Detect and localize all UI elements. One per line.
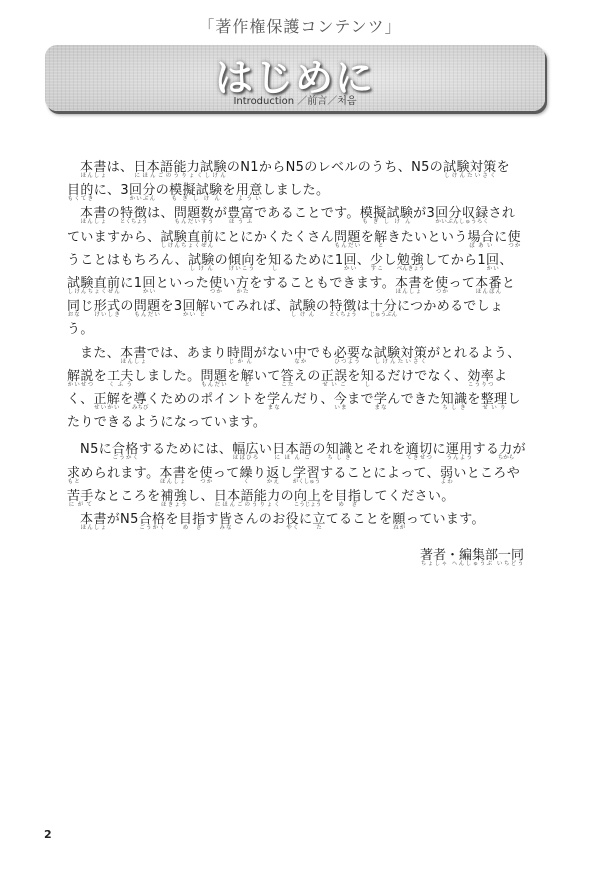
furigana-word: 解と [374, 230, 387, 245]
furigana-word: 方かた [236, 276, 249, 291]
furigana-word: 回分収録かいぶんしゅうろく [435, 206, 488, 221]
furigana-word: 返かえ [266, 466, 279, 481]
furigana-word: 幅広はばひろ [232, 442, 259, 457]
furigana-word: 回かい [343, 253, 356, 268]
furigana-word: 問題もんだい [334, 230, 361, 245]
furigana-word: 知識ちしき [441, 392, 468, 407]
furigana-word: 場合ばあい [468, 230, 495, 245]
furigana-word: 少すこ [370, 253, 383, 268]
chapter-subtitle: Introduction ／前言／처음 [45, 92, 545, 107]
furigana-word: 導みちび [134, 392, 147, 407]
furigana-word: 回分かいぶん [129, 183, 156, 198]
furigana-word: 知し [268, 253, 281, 268]
furigana-word: 補強ほきょう [160, 489, 187, 504]
paragraph-2: 本書ほんしょの特徴とくちょうは、問題数もんだいすうが豊富ほうふであることです。模… [67, 202, 527, 341]
furigana-word: 使つか [508, 230, 521, 245]
furigana-word: 解と [196, 299, 209, 314]
furigana-word: 試験直前しけんちょくぜん [160, 230, 213, 245]
furigana-word: 向上こうじょう [294, 489, 321, 504]
furigana-word: 問題もんだい [134, 299, 161, 314]
furigana-word: 中なか [294, 346, 307, 361]
furigana-word: 合格ごうかく [139, 512, 166, 527]
chapter-banner: はじめに Introduction ／前言／처음 [45, 45, 545, 111]
furigana-word: 特徴とくちょう [120, 206, 147, 221]
paragraph-1: 本書ほんしょは、日本語能力試験にほんごのうりょくしけんのN1からN5のレベルのう… [67, 156, 527, 202]
furigana-word: 十分じゅうぶん [370, 299, 397, 314]
furigana-word: 傾向けいこう [228, 253, 255, 268]
furigana-word: 学まな [374, 392, 387, 407]
furigana-word: 勉強べんきょう [397, 253, 424, 268]
furigana-word: 目的もくてき [67, 183, 94, 198]
furigana-word: 今いま [334, 392, 347, 407]
furigana-word: 本書ほんしょ [80, 160, 107, 175]
furigana-word: 求もと [67, 466, 80, 481]
furigana-word: 同おな [67, 299, 80, 314]
furigana-word: 豊富ほうふ [227, 206, 254, 221]
furigana-word: 本書ほんしょ [395, 276, 422, 291]
signature-furigana: ちょしゃ へんしゅうぶ いちどう [420, 561, 524, 567]
furigana-word: 本番ほんばん [475, 276, 502, 291]
furigana-word: 正誤せいご [321, 369, 348, 384]
furigana-word: 使つか [209, 276, 222, 291]
furigana-word: 問題数もんだいすう [174, 206, 214, 221]
furigana-word: 学まな [267, 392, 280, 407]
furigana-word: 回かい [142, 276, 155, 291]
author-signature: 著者・編集部一同ちょしゃ へんしゅうぶ いちどう [420, 544, 524, 567]
furigana-word: 回かい [486, 253, 499, 268]
paragraph-3: また、本書ほんしょでは、あまり時間じかんがない中なかでも必要ひつような試験対策し… [67, 342, 527, 435]
furigana-word: 日本語にほんご [272, 442, 312, 457]
furigana-word: 試験しけん [188, 253, 215, 268]
furigana-word: 正解せいかい [93, 392, 120, 407]
furigana-word: 問題もんだい [201, 369, 228, 384]
furigana-word: 試験対策しけんたいさく [443, 160, 496, 175]
furigana-word: 試験しけん [289, 299, 316, 314]
furigana-word: 目指めざ [334, 489, 361, 504]
signature-ruby: 著者・編集部一同ちょしゃ へんしゅうぶ いちどう [420, 548, 524, 563]
furigana-word: 使つか [435, 276, 448, 291]
furigana-word: 模擬試験もぎしけん [169, 183, 222, 198]
furigana-word: 試験直前しけんちょくぜん [67, 276, 120, 291]
furigana-word: 模擬試験もぎしけん [360, 206, 413, 221]
furigana-word: 試験対策しけんたいさく [374, 346, 427, 361]
furigana-word: 答こた [281, 369, 294, 384]
furigana-word: 日本語能力にほんごのうりょく [214, 489, 281, 504]
furigana-word: 皆みな [219, 512, 232, 527]
furigana-word: 立た [312, 512, 325, 527]
furigana-word: 解説かいせつ [67, 369, 94, 384]
furigana-word: 本書ほんしょ [120, 346, 147, 361]
furigana-word: 用意ようい [236, 183, 263, 198]
furigana-word: 目指めざ [179, 512, 206, 527]
furigana-word: 効率こうりつ [467, 369, 494, 384]
furigana-word: 回かい [182, 299, 195, 314]
furigana-word: 使つか [199, 466, 212, 481]
furigana-word: 整理せいり [481, 392, 508, 407]
furigana-word: 解と [241, 369, 254, 384]
furigana-word: 本書ほんしょ [80, 206, 107, 221]
furigana-word: 日本語能力試験にほんごのうりょくしけん [133, 160, 226, 175]
copyright-watermark-top: 「著作権保護コンテンツ」 [0, 14, 600, 37]
furigana-word: 苦手にがて [67, 489, 94, 504]
furigana-word: 必要ひつよう [334, 346, 361, 361]
furigana-word: 力ちから [499, 442, 512, 457]
furigana-word: 願ねが [392, 512, 405, 527]
furigana-word: 役やく [286, 512, 299, 527]
paragraph-4: N5に合格ごうかくするためには、幅広はばひろい日本語にほんごの知識ちしきとそれを… [67, 438, 527, 508]
furigana-word: 知識ちしき [326, 442, 353, 457]
furigana-word: 適切てきせつ [406, 442, 433, 457]
furigana-word: 特徴とくちょう [329, 299, 356, 314]
furigana-word: 運用うんよう [446, 442, 473, 457]
furigana-word: 弱よわ [440, 466, 453, 481]
furigana-word: 時間じかん [227, 346, 254, 361]
introduction-body: 本書ほんしょは、日本語能力試験にほんごのうりょくしけんのN1からN5のレベルのう… [67, 156, 527, 531]
paragraph-5: 本書ほんしょがN5合格ごうかくを目指めざす皆みなさんのお役やくに立たてることを願… [67, 508, 527, 531]
furigana-word: 繰く [240, 466, 253, 481]
furigana-word: 本書ほんしょ [80, 512, 107, 527]
furigana-word: 形式けいしき [94, 299, 121, 314]
furigana-word: 知し [361, 369, 374, 384]
furigana-word: 合格ごうかく [112, 442, 139, 457]
furigana-word: 本書ほんしょ [159, 466, 186, 481]
page-number: 2 [44, 828, 52, 841]
furigana-word: 学習がくしゅう [293, 466, 320, 481]
furigana-word: 工夫くふう [107, 369, 134, 384]
